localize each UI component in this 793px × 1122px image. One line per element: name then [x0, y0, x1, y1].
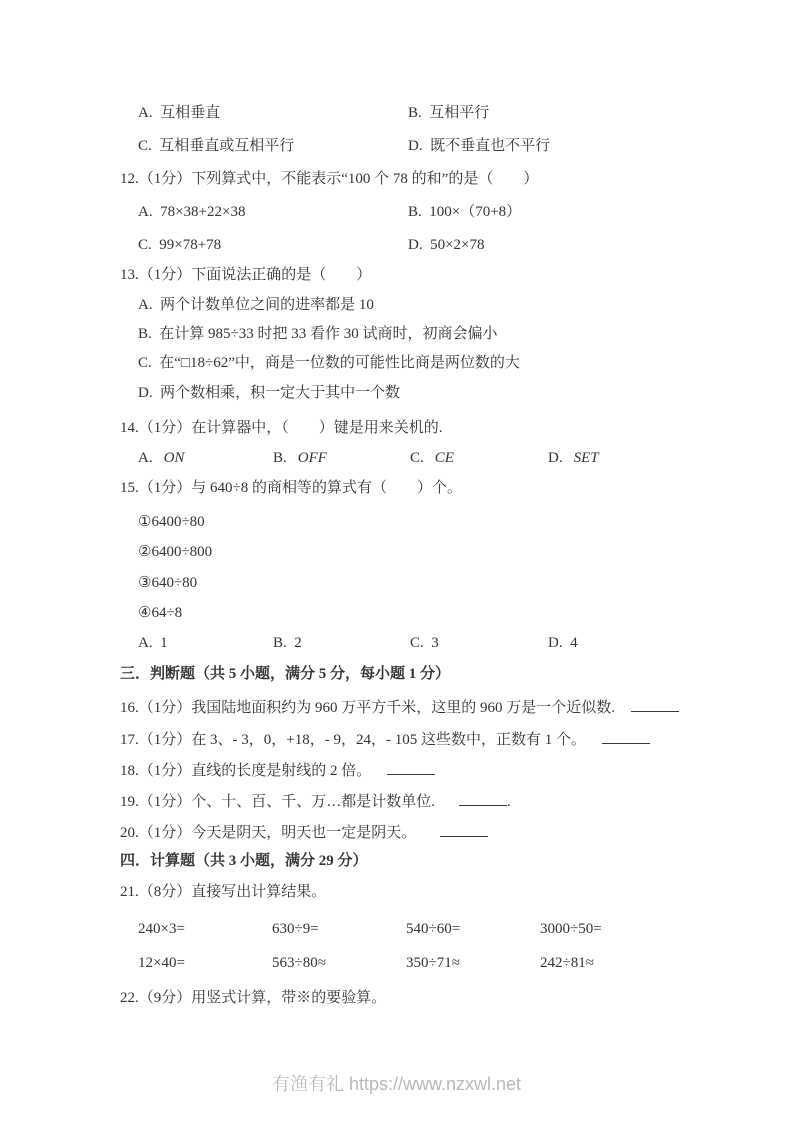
q21-expression: 563÷80≈ [272, 954, 326, 973]
q14-option-c: C.CE [410, 449, 454, 468]
q14-option-a-label: A. [138, 450, 153, 466]
q12-option-a: A. 78×38+22×38 [138, 203, 245, 222]
q13-option-d: D. 两个数相乘，积一定大于其中一个数 [138, 384, 400, 403]
q18-text: 18.（1分）直线的长度是射线的 2 倍。 [120, 760, 435, 781]
q20-stem: 20.（1分）今天是阴天，明天也一定是阴天。 [120, 825, 416, 841]
q12-option-b: B. 100×（70+8） [408, 203, 521, 222]
q11-option-c: C. 互相垂直或互相平行 [138, 137, 294, 156]
q13-option-b: B. 在计算 985÷33 时把 33 看作 30 试商时，初商会偏小 [138, 325, 498, 344]
exam-page: A. 互相垂直 B. 互相平行 C. 互相垂直或互相平行 D. 既不垂直也不平行… [0, 0, 793, 1122]
q20-text: 20.（1分）今天是阴天，明天也一定是阴天。 [120, 822, 488, 843]
q14-option-a-value: ON [164, 450, 185, 466]
q14-option-d-value: SET [574, 450, 599, 466]
q19-suffix: . [507, 794, 511, 810]
q21-expression: 630÷9= [272, 920, 319, 939]
section-4-title: 四．计算题（共 3 小题，满分 29 分） [120, 852, 368, 871]
q14-option-a: A.ON [138, 449, 184, 468]
q17-stem: 17.（1分）在 3、- 3，0，+18，- 9，24，- 105 这些数中，正… [120, 732, 586, 748]
q14-option-d-label: D. [548, 450, 563, 466]
q14-stem: 14.（1分）在计算器中，（ ）键是用来关机的. [120, 419, 443, 438]
q15-option-d: D. 4 [548, 634, 578, 653]
q21-stem: 21.（8分）直接写出计算结果。 [120, 883, 326, 902]
q16-text: 16.（1分）我国陆地面积约为 960 万平方千米，这里的 960 万是一个近似… [120, 697, 679, 718]
q12-option-d: D. 50×2×78 [408, 236, 485, 255]
q14-option-d: D.SET [548, 449, 599, 468]
q11-option-b: B. 互相平行 [408, 104, 489, 123]
q15-item-2: ②6400÷800 [138, 543, 212, 562]
q18-stem: 18.（1分）直线的长度是射线的 2 倍。 [120, 763, 371, 779]
q12-stem: 12.（1分）下列算式中，不能表示“100 个 78 的和”的是（ ） [120, 170, 538, 189]
q17-answer-blank [602, 729, 650, 744]
q15-option-c: C. 3 [410, 634, 439, 653]
q21-expression: 12×40= [138, 954, 185, 973]
q22-stem: 22.（9分）用竖式计算，带※的要验算。 [120, 989, 386, 1008]
footer-watermark: 有渔有礼 https://www.nzxwl.net [0, 1070, 793, 1096]
q14-option-b: B.OFF [273, 449, 327, 468]
q11-option-d: D. 既不垂直也不平行 [408, 137, 550, 156]
q13-option-a: A. 两个计数单位之间的进率都是 10 [138, 296, 374, 315]
q20-answer-blank [440, 822, 488, 837]
section-3-title: 三．判断题（共 5 小题，满分 5 分，每小题 1 分） [120, 665, 450, 684]
q14-option-b-value: OFF [298, 450, 327, 466]
q15-item-4: ④64÷8 [138, 604, 182, 623]
q16-stem: 16.（1分）我国陆地面积约为 960 万平方千米，这里的 960 万是一个近似… [120, 700, 615, 716]
q21-expression: 242÷81≈ [540, 954, 594, 973]
q13-stem: 13.（1分）下面说法正确的是（ ） [120, 266, 371, 285]
q21-expression: 350÷71≈ [406, 954, 460, 973]
q19-answer-blank [459, 791, 507, 806]
q14-option-c-label: C. [410, 450, 424, 466]
q21-expression: 3000÷50= [540, 920, 602, 939]
q16-answer-blank [631, 697, 679, 712]
q21-expression: 240×3= [138, 920, 185, 939]
q15-item-3: ③640÷80 [138, 574, 197, 593]
q12-option-c: C. 99×78+78 [138, 236, 221, 255]
q18-answer-blank [387, 760, 435, 775]
q14-option-b-label: B. [273, 450, 287, 466]
q19-text: 19.（1分）个、十、百、千、万…都是计数单位.. [120, 791, 511, 812]
q13-option-c: C. 在“□18÷62”中，商是一位数的可能性比商是两位数的大 [138, 354, 520, 373]
q17-text: 17.（1分）在 3、- 3，0，+18，- 9，24，- 105 这些数中，正… [120, 729, 650, 750]
q19-stem: 19.（1分）个、十、百、千、万…都是计数单位. [120, 794, 435, 810]
q15-stem: 15.（1分）与 640÷8 的商相等的算式有（ ）个。 [120, 479, 462, 498]
q15-option-a: A. 1 [138, 634, 168, 653]
q21-expression: 540÷60= [406, 920, 460, 939]
q15-option-b: B. 2 [273, 634, 302, 653]
q14-option-c-value: CE [435, 450, 454, 466]
q11-option-a: A. 互相垂直 [138, 104, 220, 123]
q15-item-1: ①6400÷80 [138, 513, 205, 532]
